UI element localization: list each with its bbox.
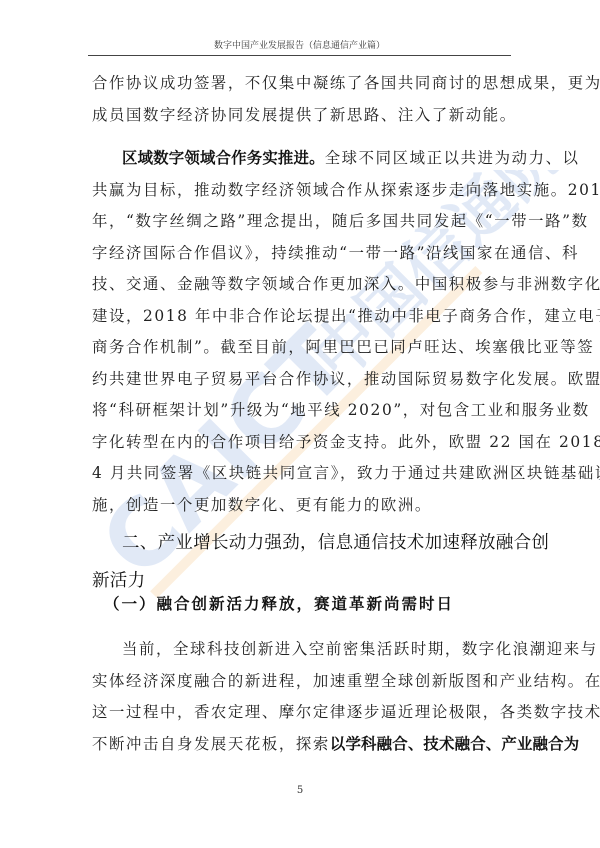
text-line: 4 月共同签署《区块链共同宣言》，致力于通过共建欧洲区块链基础设 [92, 458, 512, 490]
paragraph-lead-bold: 区域数字领域合作务实推进。 [122, 149, 325, 167]
text-line: 区域数字领域合作务实推进。全球不同区域正以共进为动力、以 [92, 143, 512, 175]
document-page: CAICT 中国信通院 数字中国产业发展报告（信息通信产业篇） 合作协议成功签署… [0, 0, 600, 848]
text-line: 约共建世界电子贸易平台合作协议，推动国际贸易数字化发展。欧盟 [92, 364, 512, 396]
text-line: 施，创造一个更加数字化、更有能力的欧洲。 [92, 490, 512, 522]
text-line: 实体经济深度融合的新进程，加速重塑全球创新版图和产业结构。在 [92, 666, 512, 698]
text-line: 成员国数字经济协同发展提供了新思路、注入了新动能。 [92, 100, 512, 132]
paragraph-1: 合作协议成功签署，不仅集中凝练了各国共同商讨的思想成果，更为 成员国数字经济协同… [92, 68, 512, 131]
text-line: 建设，2018 年中非合作论坛提出“推动中非电子商务合作，建立电子 [92, 301, 512, 333]
page-number: 5 [0, 785, 600, 796]
text-line: 共赢为目标，推动数字经济领域合作从探索逐步走向落地实施。2017 [92, 175, 512, 207]
text-line: 合作协议成功签署，不仅集中凝练了各国共同商讨的思想成果，更为 [92, 68, 512, 100]
text-line: 商务合作机制”。截至目前，阿里巴巴已同卢旺达、埃塞俄比亚等签 [92, 332, 512, 364]
text-line: 不断冲击自身发展天花板，探索以学科融合、技术融合、产业融合为 [92, 729, 512, 761]
text-line: 将“科研框架计划”升级为“地平线 2020”，对包含工业和服务业数 [92, 395, 512, 427]
running-header: 数字中国产业发展报告（信息通信产业篇） [88, 40, 511, 52]
subsection-heading: （一）融合创新活力释放，赛道革新尚需时日 [104, 592, 454, 614]
text-line: 字化转型在内的合作项目给予资金支持。此外，欧盟 22 国在 2018 年 [92, 427, 512, 459]
text-run: 不断冲击自身发展天花板，探索 [92, 735, 330, 753]
emphasis-bold: 以学科融合、技术融合、产业融合为 [330, 735, 579, 753]
text-line: 这一过程中，香农定理、摩尔定律逐步逼近理论极限，各类数字技术 [92, 697, 512, 729]
section-heading: 二、产业增长动力强劲，信息通信技术加速释放融合创 新活力 [92, 524, 512, 600]
text-run: 全球不同区域正以共进为动力、以 [325, 149, 580, 167]
paragraph-2: 区域数字领域合作务实推进。全球不同区域正以共进为动力、以 共赢为目标，推动数字经… [92, 143, 512, 521]
text-line: 当前，全球科技创新进入空前密集活跃时期，数字化浪潮迎来与 [92, 634, 512, 666]
heading-line: 二、产业增长动力强劲，信息通信技术加速释放融合创 [92, 524, 512, 562]
header-divider [88, 55, 511, 56]
text-line: 年，“数字丝绸之路”理念提出，随后多国共同发起《“一带一路”数 [92, 206, 512, 238]
text-line: 技、交通、金融等数字领域合作更加深入。中国积极参与非洲数字化 [92, 269, 512, 301]
paragraph-3: 当前，全球科技创新进入空前密集活跃时期，数字化浪潮迎来与 实体经济深度融合的新进… [92, 634, 512, 760]
text-line: 字经济国际合作倡议》，持续推动“一带一路”沿线国家在通信、科 [92, 238, 512, 270]
